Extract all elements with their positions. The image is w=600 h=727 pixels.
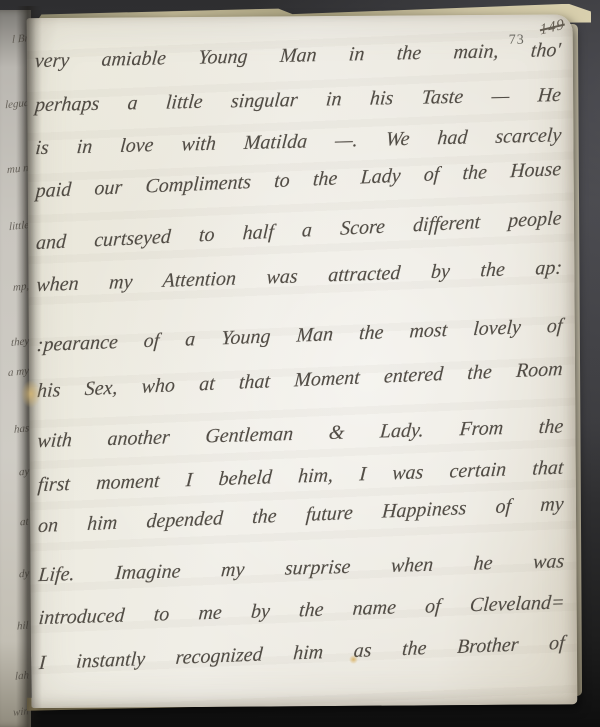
manuscript-line: perhaps a little singular in his Taste —…: [34, 80, 562, 120]
manuscript-line: introduced to me by the name of Clevelan…: [38, 587, 566, 633]
facing-page-fragment: at: [20, 516, 29, 529]
facing-page-fragment: little: [9, 219, 29, 233]
manuscript-line: when my Attention was attracted by the a…: [35, 253, 563, 301]
manuscript-line: Life. Imagine my surprise when he was: [37, 546, 565, 590]
manuscript-line: and curtseyed to half a Score different …: [35, 203, 562, 258]
facing-page-fragment: lah: [15, 669, 29, 683]
manuscript-line: his Sex, who at that Moment entered the …: [36, 354, 563, 406]
facing-page-fragment: hil: [17, 619, 29, 632]
manuscript-line: I instantly recognized him as the Brothe…: [38, 628, 566, 678]
facing-page-fragment: legud: [5, 97, 29, 112]
facing-page-fragment: a my: [8, 365, 29, 379]
facing-page-fragment: has: [14, 422, 29, 436]
manuscript-page: 73 149 very amiable Young Man in the mai…: [27, 14, 578, 708]
facing-page-fragment: they: [11, 335, 29, 349]
ink-stain: [21, 380, 41, 408]
facing-page-fragment: mu n: [7, 162, 29, 176]
facing-page-fragment: win: [13, 705, 29, 719]
facing-page-fragment: ay: [19, 465, 29, 478]
facing-page-fragment: mp,: [13, 280, 29, 294]
manuscript-line: very amiable Young Man in the main, tho': [34, 35, 562, 76]
manuscript-line: paid our Compliments to the Lady of the …: [35, 154, 562, 206]
ink-stain: [349, 655, 358, 664]
manuscript-line: :pearance of a Young Man the most lovely…: [36, 311, 564, 360]
facing-page-fragment: dy: [19, 567, 29, 580]
manuscript-line: with another Gentleman & Lady. From the: [36, 411, 564, 456]
manuscript-photo: l Br legud mu n little mp, they a my has…: [0, 0, 600, 727]
